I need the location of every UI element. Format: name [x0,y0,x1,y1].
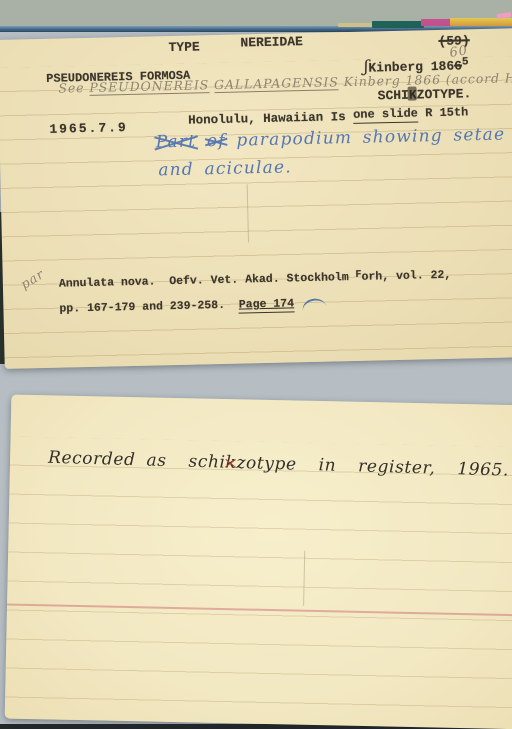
blue-space [196,131,207,151]
card-crease-mark [247,184,249,242]
date-field: 1965.7.9 [49,121,128,138]
margin-pencil-note: par [19,268,48,294]
handwritten-slide-note-line1: Part of parapodium showing setae [155,125,505,152]
blue-ink-swoosh [300,296,326,314]
pages-line: pp. 167-179 and 239-258. Page 174 [59,294,324,316]
pages-range: pp. 167-179 and 239-258. [59,299,239,316]
slide-count-field: one slide R 15th [353,106,469,122]
type-label: TYPE [168,40,200,56]
handwritten-slide-note-line2: and aciculae. [158,158,292,181]
citation-post: orh, vol. 22, [361,269,451,284]
pencil-see: See [58,80,89,96]
red-ruled-line [7,604,512,617]
scanned-document: TYPE NEREIDAE (59) 60 ʃKinberg 18665 PSE… [0,0,512,729]
slide-count-underlined: one slide [353,106,418,123]
status-pre: SCHI [378,88,410,104]
type-status-label: SCHIKZOTYPE. [378,87,472,104]
card-tab-orange [450,18,512,26]
pencil-genus: PSEUDONEREIS [89,77,209,96]
citation-line: Annulata nova. Oefv. Vet. Akad. Stockhol… [59,269,452,291]
crossed-out-word-of: of [207,131,226,151]
catalog-card-back: Recorded as schikzotype in register, 196… [5,395,512,729]
citation-pre: Annulata nova. Oefv. Vet. Akad. Stockhol… [59,271,356,291]
register-note-post: zotype in register, 1965. [236,453,509,481]
register-note-pre: Recorded as schi [48,448,226,473]
locality-field: Honolulu, Hawaiian Is [188,110,346,128]
status-post: ZOTYPE. [417,86,472,102]
page-reference-underlined: Page 174 [239,297,295,313]
pencil-species: GALLAPAGENSIS [214,74,339,93]
slide-count-rest: R 15th [418,105,469,120]
citation-superscript-f: F [355,270,361,281]
corrected-year-digit: 5 [462,56,469,68]
register-note: Recorded as schikzotype in register, 196… [48,449,509,481]
red-crossed-letter: k [225,453,236,473]
blue-note-rest: parapodium showing setae [226,124,506,150]
crossed-out-word-part: Part [155,132,196,153]
status-blotted-letter: K [409,87,417,102]
card-tab-pink [421,19,452,26]
catalog-card-front: TYPE NEREIDAE (59) 60 ʃKinberg 18665 PSE… [0,28,512,369]
card-tab-teal [372,21,424,28]
card-crease-mark-2 [303,551,305,606]
family-label: NEREIDAE [240,35,303,51]
